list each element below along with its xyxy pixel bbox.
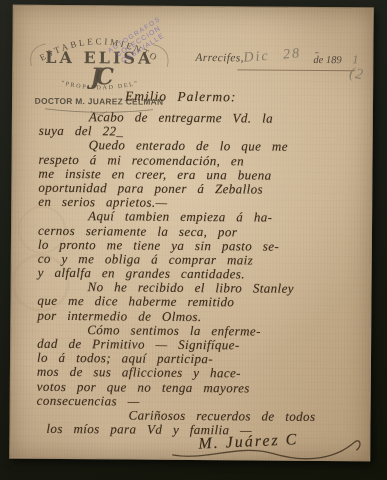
- signature-block: M. Juárez C: [168, 431, 364, 465]
- dateline: Arrecifes, Dic 28 - de 189 1: [14, 6, 373, 9]
- letter-paper: ESTABLECIMIENTO LA ELISA JC “PROPIEDAD D…: [9, 5, 374, 462]
- dateline-rule: [237, 69, 355, 71]
- salutation: Emilio Palermo:: [125, 88, 236, 105]
- handwritten-date: Dic 28 -: [243, 45, 322, 67]
- printed-year-prefix: de 189: [313, 55, 341, 66]
- place-name: Arrecifes,: [195, 52, 244, 64]
- page-annotation: (2: [348, 65, 365, 84]
- letter-body: Acabo de entregarme Vd. la suya del 22_ …: [36, 110, 365, 439]
